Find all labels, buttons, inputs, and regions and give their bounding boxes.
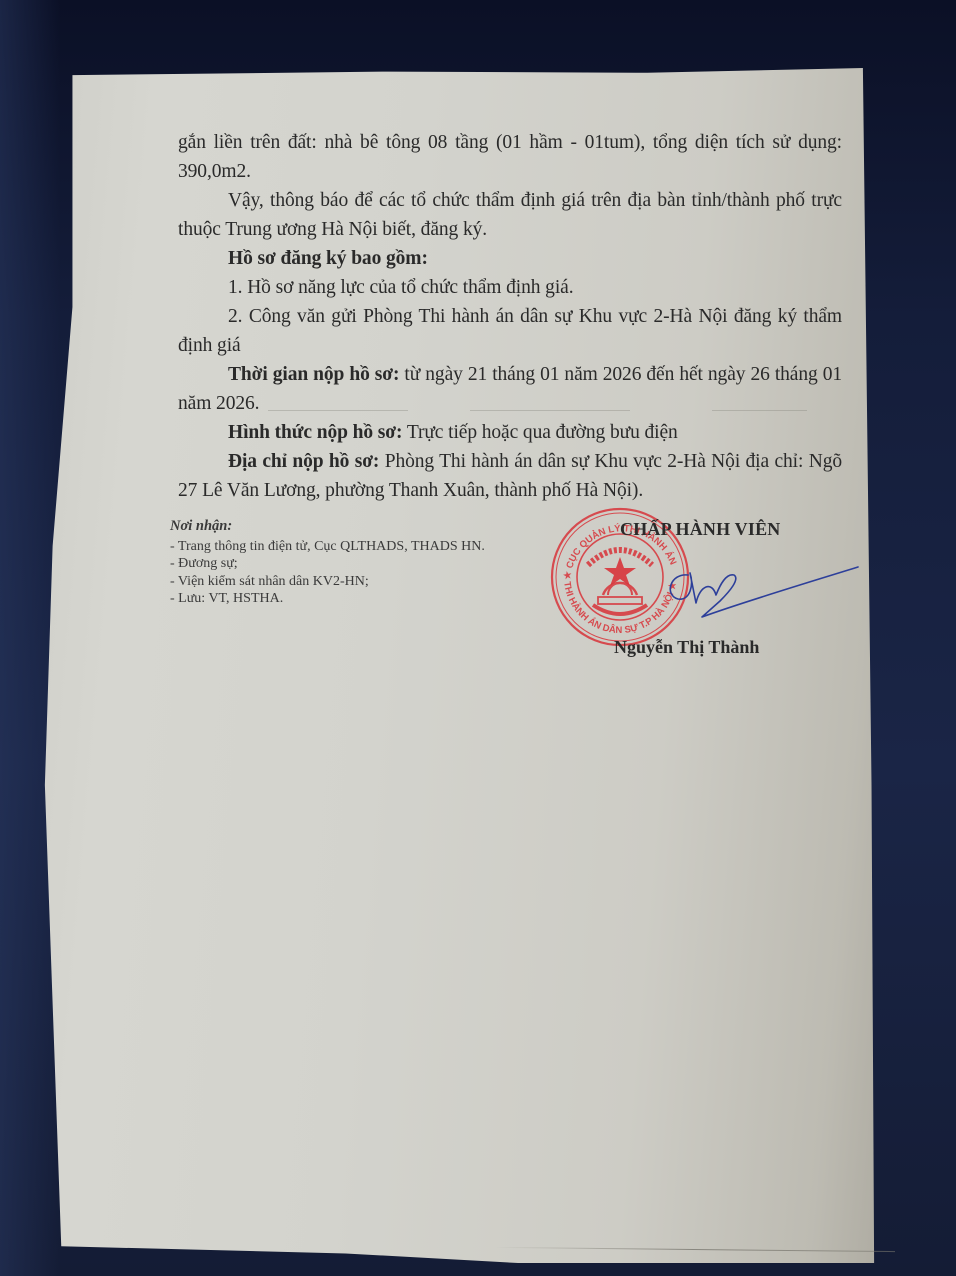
- recipient-item: - Đương sự;: [170, 555, 500, 573]
- signature-block: ★ CỤC QUẢN LÝ THI HÀNH ÁN DÂN SỰ THI HÀN…: [548, 505, 868, 675]
- handwritten-signature-icon: [660, 555, 860, 625]
- submission-method-label: Hình thức nộp hồ sơ:: [228, 422, 402, 443]
- submission-time: Thời gian nộp hồ sơ: từ ngày 21 tháng 01…: [178, 360, 842, 418]
- signer-title: CHẤP HÀNH VIÊN: [620, 519, 781, 540]
- submission-time-label: Thời gian nộp hồ sơ:: [228, 364, 399, 385]
- recipient-item: - Trang thông tin điện tử, Cục QLTHADS, …: [170, 538, 500, 556]
- submission-address-label: Địa chỉ nộp hồ sơ:: [228, 451, 379, 472]
- signer-name: Nguyễn Thị Thành: [614, 637, 759, 658]
- dossier-heading: Hồ sơ đăng ký bao gồm:: [178, 244, 842, 273]
- submission-method-value: Trực tiếp hoặc qua đường bưu điện: [402, 422, 677, 443]
- submission-method: Hình thức nộp hồ sơ: Trực tiếp hoặc qua …: [178, 418, 842, 447]
- recipient-item: - Lưu: VT, HSTHA.: [170, 590, 500, 608]
- dossier-item: 2. Công văn gửi Phòng Thi hành án dân sự…: [178, 302, 842, 360]
- document-body: gắn liền trên đất: nhà bê tông 08 tầng (…: [178, 128, 842, 505]
- recipients-title: Nơi nhận:: [170, 518, 500, 536]
- recipient-item: - Viện kiểm sát nhân dân KV2-HN;: [170, 573, 500, 591]
- recipients-block: Nơi nhận: - Trang thông tin điện tử, Cục…: [170, 518, 500, 608]
- submission-address: Địa chỉ nộp hồ sơ: Phòng Thi hành án dân…: [178, 447, 842, 505]
- dossier-item: 1. Hồ sơ năng lực của tổ chức thẩm định …: [178, 273, 842, 302]
- paragraph-notice: Vậy, thông báo để các tổ chức thẩm định …: [178, 186, 842, 244]
- paragraph-property-description: gắn liền trên đất: nhà bê tông 08 tầng (…: [178, 128, 842, 186]
